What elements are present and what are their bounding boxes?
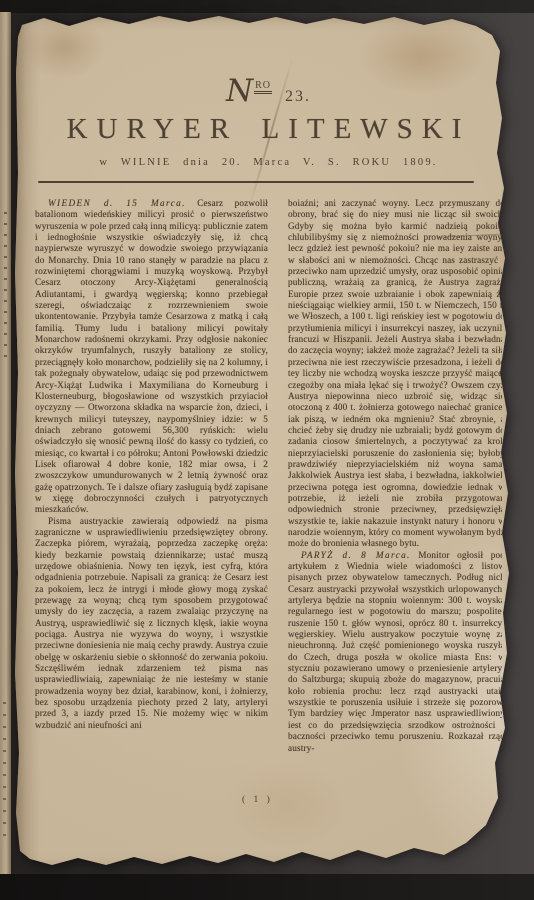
masthead: Nro 23. KURYER LITEWSKI w WILNIE dnia 20…	[35, 13, 502, 183]
page-content: Nro 23. KURYER LITEWSKI w WILNIE dnia 20…	[14, 13, 510, 832]
dateline-lead: WIEDEN d. 15 Marca.	[48, 198, 186, 208]
newspaper-page: Nro 23. KURYER LITEWSKI w WILNIE dnia 20…	[14, 13, 510, 874]
paragraph-text: Cesarz pozwolił batalionom wiedeńskiey m…	[35, 198, 268, 514]
left-column: WIEDEN d. 15 Marca. Cesarz pozwolił bata…	[35, 198, 268, 832]
paragraph-text: boiaźni; ani zaczynać woyny. Lecz przymu…	[288, 198, 502, 548]
dateline-lead: PARYŻ d. 8 Marca.	[301, 550, 411, 560]
scan-background: Nro 23. KURYER LITEWSKI w WILNIE dnia 20…	[0, 0, 534, 900]
article-paragraph: Pisma austryackie zawieraią odpowiedź na…	[35, 516, 268, 732]
adjacent-page-edge	[0, 12, 11, 874]
newspaper-title: KURYER LITEWSKI	[35, 113, 502, 146]
issue-number: 23.	[285, 88, 311, 105]
article-paragraph-paryz: PARYŻ d. 8 Marca. Monitor ogłosił pod ar…	[288, 550, 502, 754]
right-column: boiaźni; ani zaczynać woyny. Lecz przymu…	[288, 198, 502, 832]
article-columns: WIEDEN d. 15 Marca. Cesarz pozwolił bata…	[35, 198, 502, 832]
dateline: w WILNIE dnia 20. Marca V. S. ROKU 1809.	[35, 157, 502, 168]
paragraph-text: Monitor ogłosił pod artykułem z Wiednia …	[288, 550, 502, 753]
issue-prefix: N	[226, 73, 253, 109]
paragraph-text: Pisma austryackie zawieraią odpowiedź na…	[35, 516, 268, 730]
article-paragraph-wieden: WIEDEN d. 15 Marca. Cesarz pozwolił bata…	[35, 198, 268, 516]
masthead-rule	[38, 181, 474, 183]
article-paragraph-continued: boiaźni; ani zaczynać woyny. Lecz przymu…	[288, 198, 502, 550]
page-number: ( 1 )	[242, 795, 273, 805]
issue-number-line: Nro 23.	[35, 73, 502, 105]
issue-superscript: ro	[254, 80, 272, 94]
